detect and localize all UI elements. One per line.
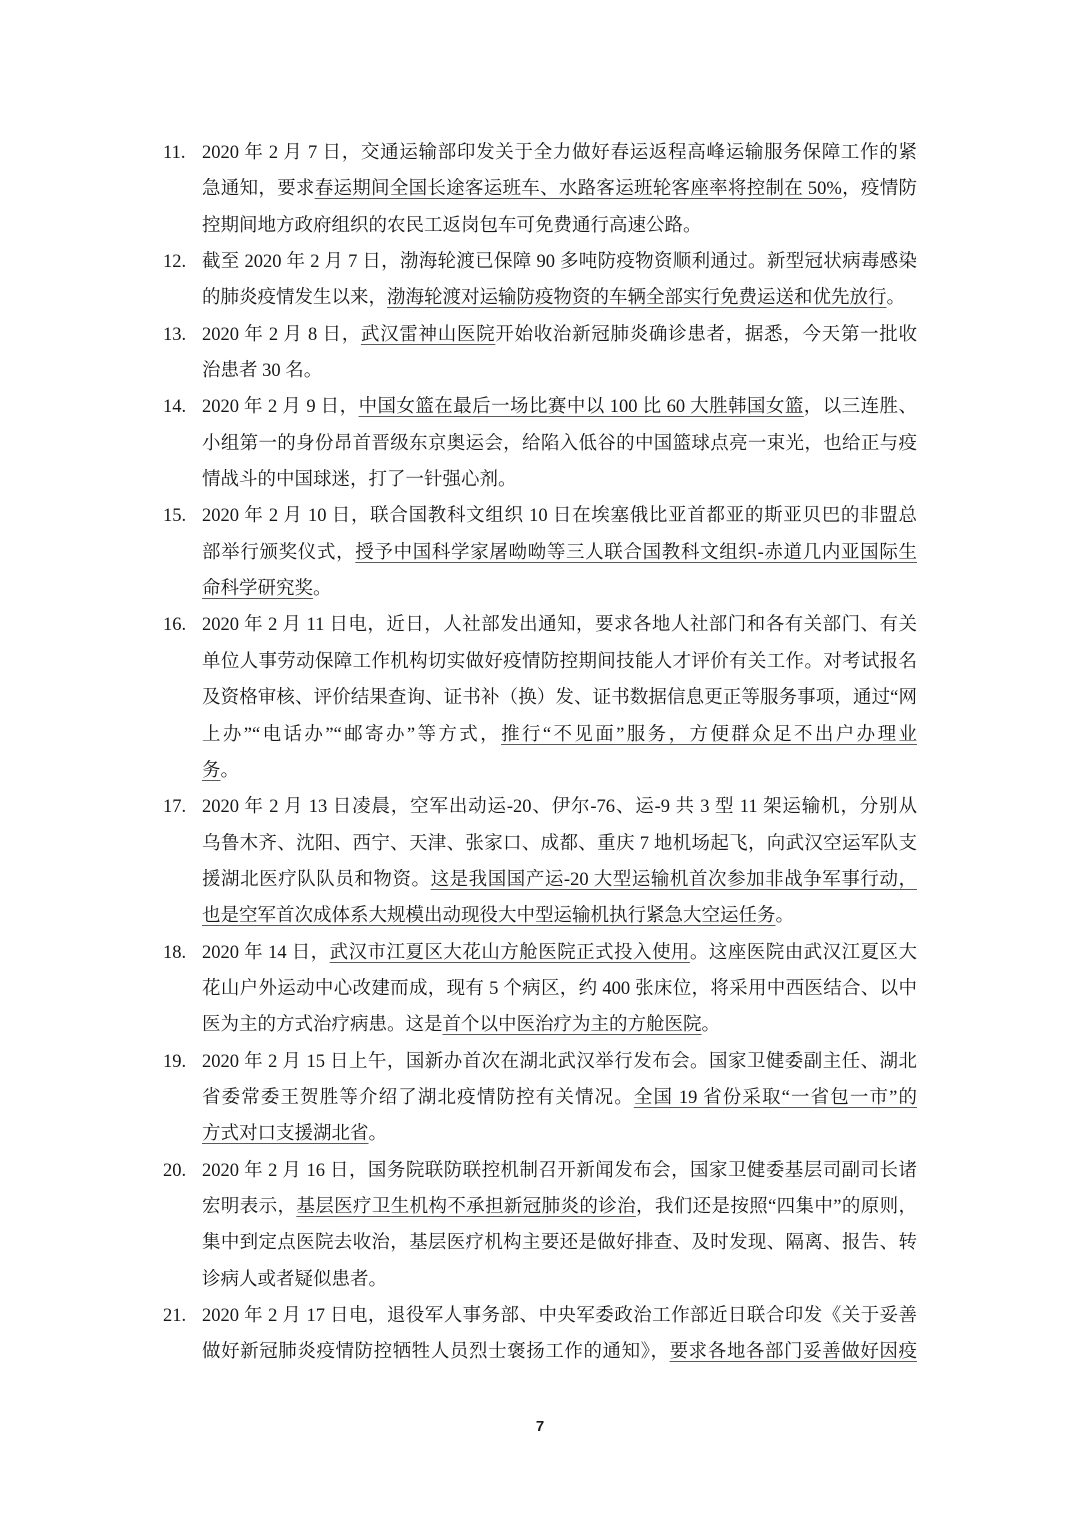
text-segment: 及资格审核、评价结果查询、证书补（换）发、证书数据信息更正等服务事项，通过“网 — [202, 688, 917, 708]
item-number: 21. — [163, 1298, 202, 1334]
text-segment: 控期间地方政府组织的农民工返岗包车可免费通行高速公路。 — [202, 216, 702, 236]
list-item: 11.2020 年 2 月 7 日，交通运输部印发关于全力做好春运返程高峰运输服… — [163, 135, 917, 244]
text-segment: 。这座医院由武汉江夏区大 — [690, 943, 917, 963]
text-line: 花山户外运动中心改建而成，现有 5 个病区，约 400 张床位，将采用中西医结合… — [202, 971, 917, 1007]
text-line: 小组第一的身份昂首晋级东京奥运会，给陷入低谷的中国篮球点亮一束光，也给正与疫 — [202, 426, 917, 462]
text-line: 援湖北医疗队队员和物资。这是我国国产运-20 大型运输机首次参加非战争军事行动， — [202, 862, 917, 898]
item-text: 2020 年 2 月 17 日电，退役军人事务部、中央军委政治工作部近日联合印发… — [202, 1298, 917, 1371]
underlined-highlight: 务 — [202, 761, 221, 781]
item-number: 13. — [163, 317, 202, 353]
item-number: 14. — [163, 389, 202, 425]
item-number: 11. — [163, 135, 202, 171]
text-line: 急通知，要求春运期间全国长途客运班车、水路客运班轮客座率将控制在 50%，疫情防 — [202, 171, 917, 207]
text-segment: 单位人事劳动保障工作机构切实做好疫情防控期间技能人才评价有关工作。对考试报名 — [202, 652, 917, 672]
item-text: 2020 年 2 月 7 日，交通运输部印发关于全力做好春运返程高峰运输服务保障… — [202, 135, 917, 244]
list-item: 18.2020 年 14 日，武汉市江夏区大花山方舱医院正式投入使用。这座医院由… — [163, 935, 917, 1044]
list-item: 12.截至 2020 年 2 月 7 日，渤海轮渡已保障 90 多吨防疫物资顺利… — [163, 244, 917, 317]
text-segment: 2020 年 2 月 9 日， — [202, 397, 359, 417]
text-line: 做好新冠肺炎疫情防控牺牲人员烈士褒扬工作的通知》，要求各地各部门妥善做好因疫 — [202, 1334, 917, 1370]
text-line: 医为主的方式治疗病患。这是首个以中医治疗为主的方舱医院。 — [202, 1007, 917, 1043]
text-segment: 。 — [369, 1124, 388, 1144]
text-line: 控期间地方政府组织的农民工返岗包车可免费通行高速公路。 — [202, 208, 917, 244]
text-line: 截至 2020 年 2 月 7 日，渤海轮渡已保障 90 多吨防疫物资顺利通过。… — [202, 244, 917, 280]
item-text: 截至 2020 年 2 月 7 日，渤海轮渡已保障 90 多吨防疫物资顺利通过。… — [202, 244, 917, 317]
item-number: 12. — [163, 244, 202, 280]
text-line: 宏明表示，基层医疗卫生机构不承担新冠肺炎的诊治，我们还是按照“四集中”的原则， — [202, 1189, 917, 1225]
list-item: 17.2020 年 2 月 13 日凌晨，空军出动运-20、伊尔-76、运-9 … — [163, 789, 917, 934]
underlined-highlight: 首个以中医治疗为主的方舱医院 — [443, 1015, 702, 1035]
text-segment: ，我们还是按照“四集中”的原则， — [636, 1197, 917, 1217]
text-line: 2020 年 2 月 8 日，武汉雷神山医院开始收治新冠肺炎确诊患者，据悉，今天… — [202, 317, 917, 353]
text-line: 2020 年 2 月 10 日，联合国教科文组织 10 日在埃塞俄比亚首都亚的斯… — [202, 498, 917, 534]
text-line: 集中到定点医院去收治，基层医疗机构主要还是做好排查、及时发现、隔离、报告、转 — [202, 1225, 917, 1261]
item-text: 2020 年 2 月 10 日，联合国教科文组织 10 日在埃塞俄比亚首都亚的斯… — [202, 498, 917, 607]
document-page: 11.2020 年 2 月 7 日，交通运输部印发关于全力做好春运返程高峰运输服… — [0, 0, 1080, 1528]
item-text: 2020 年 2 月 16 日，国务院联防联控机制召开新闻发布会，国家卫健委基层… — [202, 1153, 917, 1298]
text-segment: 花山户外运动中心改建而成，现有 5 个病区，约 400 张床位，将采用中西医结合… — [202, 979, 917, 999]
underlined-highlight: 授予中国科学家屠呦呦等三人联合国教科文组织-赤道几内亚国际生 — [355, 543, 917, 563]
text-segment: 的肺炎疫情发生以来， — [202, 288, 387, 308]
text-segment: 截至 2020 年 2 月 7 日，渤海轮渡已保障 90 多吨防疫物资顺利通过。… — [202, 252, 917, 272]
text-line: 2020 年 2 月 16 日，国务院联防联控机制召开新闻发布会，国家卫健委基层… — [202, 1153, 917, 1189]
text-segment: 2020 年 2 月 13 日凌晨，空军出动运-20、伊尔-76、运-9 共 3… — [202, 797, 917, 817]
text-line: 情战斗的中国球迷，打了一针强心剂。 — [202, 462, 917, 498]
text-segment: 开始收治新冠肺炎确诊患者，据悉，今天第一批收 — [495, 325, 917, 345]
text-segment: 部举行颁奖仪式， — [202, 543, 355, 563]
text-segment: 上办”“电话办”“邮寄办”等方式， — [202, 725, 501, 745]
text-line: 的肺炎疫情发生以来，渤海轮渡对运输防疫物资的车辆全部实行免费运送和优先放行。 — [202, 280, 917, 316]
item-number: 17. — [163, 789, 202, 825]
item-number: 16. — [163, 607, 202, 643]
list-item: 16.2020 年 2 月 11 日电，近日，人社部发出通知，要求各地人社部门和… — [163, 607, 917, 789]
text-segment: 2020 年 2 月 7 日，交通运输部印发关于全力做好春运返程高峰运输服务保障… — [202, 143, 917, 163]
text-segment: 。 — [313, 579, 332, 599]
item-text: 2020 年 2 月 15 日上午，国新办首次在湖北武汉举行发布会。国家卫健委副… — [202, 1044, 917, 1153]
text-segment: 医为主的方式治疗病患。这是 — [202, 1015, 443, 1035]
item-number: 20. — [163, 1153, 202, 1189]
text-segment: 情战斗的中国球迷，打了一针强心剂。 — [202, 470, 517, 490]
text-line: 2020 年 2 月 7 日，交通运输部印发关于全力做好春运返程高峰运输服务保障… — [202, 135, 917, 171]
text-segment: 诊病人或者疑似患者。 — [202, 1270, 387, 1290]
underlined-highlight: 推行“不见面”服务，方便群众足不出户办理业 — [501, 725, 917, 745]
numbered-event-list: 11.2020 年 2 月 7 日，交通运输部印发关于全力做好春运返程高峰运输服… — [163, 135, 917, 1371]
text-segment: 2020 年 2 月 10 日，联合国教科文组织 10 日在埃塞俄比亚首都亚的斯… — [202, 506, 917, 526]
list-item: 14.2020 年 2 月 9 日，中国女篮在最后一场比赛中以 100 比 60… — [163, 389, 917, 498]
list-item: 20.2020 年 2 月 16 日，国务院联防联控机制召开新闻发布会，国家卫健… — [163, 1153, 917, 1298]
item-text: 2020 年 2 月 9 日，中国女篮在最后一场比赛中以 100 比 60 大胜… — [202, 389, 917, 498]
text-line: 单位人事劳动保障工作机构切实做好疫情防控期间技能人才评价有关工作。对考试报名 — [202, 644, 917, 680]
text-line: 2020 年 2 月 9 日，中国女篮在最后一场比赛中以 100 比 60 大胜… — [202, 389, 917, 425]
item-number: 19. — [163, 1044, 202, 1080]
text-segment: ，疫情防 — [842, 179, 917, 199]
text-line: 诊病人或者疑似患者。 — [202, 1262, 917, 1298]
text-line: 命科学研究奖。 — [202, 571, 917, 607]
text-line: 方式对口支援湖北省。 — [202, 1116, 917, 1152]
text-line: 也是空军首次成体系大规模出动现役大中型运输机执行紧急大空运任务。 — [202, 898, 917, 934]
item-text: 2020 年 2 月 11 日电，近日，人社部发出通知，要求各地人社部门和各有关… — [202, 607, 917, 789]
text-segment: 援湖北医疗队队员和物资。 — [202, 870, 431, 890]
text-segment: 宏明表示， — [202, 1197, 296, 1217]
item-text: 2020 年 2 月 8 日，武汉雷神山医院开始收治新冠肺炎确诊患者，据悉，今天… — [202, 317, 917, 390]
text-segment: 2020 年 2 月 17 日电，退役军人事务部、中央军委政治工作部近日联合印发… — [202, 1306, 917, 1326]
text-line: 治患者 30 名。 — [202, 353, 917, 389]
text-segment: 2020 年 2 月 11 日电，近日，人社部发出通知，要求各地人社部门和各有关… — [202, 615, 917, 635]
text-line: 务。 — [202, 753, 917, 789]
text-segment: 做好新冠肺炎疫情防控牺牲人员烈士褒扬工作的通知》， — [202, 1342, 670, 1362]
text-line: 乌鲁木齐、沈阳、西宁、天津、张家口、成都、重庆 7 地机场起飞，向武汉空运军队支 — [202, 826, 917, 862]
underlined-highlight: 方式对口支援湖北省 — [202, 1124, 369, 1144]
underlined-highlight: 这是我国国产运-20 大型运输机首次参加非战争军事行动， — [431, 870, 917, 890]
text-line: 2020 年 14 日，武汉市江夏区大花山方舱医院正式投入使用。这座医院由武汉江… — [202, 935, 917, 971]
item-text: 2020 年 14 日，武汉市江夏区大花山方舱医院正式投入使用。这座医院由武汉江… — [202, 935, 917, 1044]
item-number: 18. — [163, 935, 202, 971]
text-segment: 。 — [776, 906, 795, 926]
text-segment: 2020 年 2 月 15 日上午，国新办首次在湖北武汉举行发布会。国家卫健委副… — [202, 1052, 917, 1072]
text-segment: 2020 年 14 日， — [202, 943, 330, 963]
text-segment: 2020 年 2 月 16 日，国务院联防联控机制召开新闻发布会，国家卫健委基层… — [202, 1161, 917, 1181]
text-segment: 乌鲁木齐、沈阳、西宁、天津、张家口、成都、重庆 7 地机场起飞，向武汉空运军队支 — [202, 834, 917, 854]
text-segment: 。 — [702, 1015, 721, 1035]
list-item: 19.2020 年 2 月 15 日上午，国新办首次在湖北武汉举行发布会。国家卫… — [163, 1044, 917, 1153]
text-line: 2020 年 2 月 13 日凌晨，空军出动运-20、伊尔-76、运-9 共 3… — [202, 789, 917, 825]
page-number: 7 — [0, 1416, 1080, 1438]
underlined-highlight: 全国 19 省份采取“一省包一市”的 — [634, 1088, 917, 1108]
text-line: 部举行颁奖仪式，授予中国科学家屠呦呦等三人联合国教科文组织-赤道几内亚国际生 — [202, 535, 917, 571]
underlined-highlight: 要求各地各部门妥善做好因疫 — [670, 1342, 917, 1362]
list-item: 13.2020 年 2 月 8 日，武汉雷神山医院开始收治新冠肺炎确诊患者，据悉… — [163, 317, 917, 390]
text-segment: 集中到定点医院去收治，基层医疗机构主要还是做好排查、及时发现、隔离、报告、转 — [202, 1233, 917, 1253]
text-segment: 2020 年 2 月 8 日， — [202, 325, 361, 345]
text-line: 2020 年 2 月 15 日上午，国新办首次在湖北武汉举行发布会。国家卫健委副… — [202, 1044, 917, 1080]
underlined-highlight: 武汉市江夏区大花山方舱医院正式投入使用 — [330, 943, 690, 963]
list-item: 21.2020 年 2 月 17 日电，退役军人事务部、中央军委政治工作部近日联… — [163, 1298, 917, 1371]
list-item: 15.2020 年 2 月 10 日，联合国教科文组织 10 日在埃塞俄比亚首都… — [163, 498, 917, 607]
underlined-highlight: 中国女篮在最后一场比赛中以 100 比 60 大胜韩国女篮 — [359, 397, 804, 417]
text-segment: 小组第一的身份昂首晋级东京奥运会，给陷入低谷的中国篮球点亮一束光，也给正与疫 — [202, 434, 917, 454]
text-line: 2020 年 2 月 17 日电，退役军人事务部、中央军委政治工作部近日联合印发… — [202, 1298, 917, 1334]
text-segment: 。 — [887, 288, 906, 308]
text-segment: 省委常委王贺胜等介绍了湖北疫情防控有关情况。 — [202, 1088, 634, 1108]
text-segment: ，以三连胜、 — [804, 397, 917, 417]
text-line: 及资格审核、评价结果查询、证书补（换）发、证书数据信息更正等服务事项，通过“网 — [202, 680, 917, 716]
text-line: 省委常委王贺胜等介绍了湖北疫情防控有关情况。全国 19 省份采取“一省包一市”的 — [202, 1080, 917, 1116]
underlined-highlight: 命科学研究奖 — [202, 579, 313, 599]
item-text: 2020 年 2 月 13 日凌晨，空军出动运-20、伊尔-76、运-9 共 3… — [202, 789, 917, 934]
underlined-highlight: 渤海轮渡对运输防疫物资的车辆全部实行免费运送和优先放行 — [387, 288, 887, 308]
underlined-highlight: 也是空军首次成体系大规模出动现役大中型运输机执行紧急大空运任务 — [202, 906, 776, 926]
item-number: 15. — [163, 498, 202, 534]
underlined-highlight: 武汉雷神山医院 — [361, 325, 495, 345]
text-segment: 。 — [221, 761, 240, 781]
underlined-highlight: 基层医疗卫生机构不承担新冠肺炎的诊治 — [296, 1197, 636, 1217]
text-line: 2020 年 2 月 11 日电，近日，人社部发出通知，要求各地人社部门和各有关… — [202, 607, 917, 643]
text-segment: 急通知，要求 — [202, 179, 315, 199]
text-segment: 治患者 30 名。 — [202, 361, 322, 381]
text-line: 上办”“电话办”“邮寄办”等方式，推行“不见面”服务，方便群众足不出户办理业 — [202, 717, 917, 753]
underlined-highlight: 春运期间全国长途客运班车、水路客运班轮客座率将控制在 50% — [315, 179, 842, 199]
